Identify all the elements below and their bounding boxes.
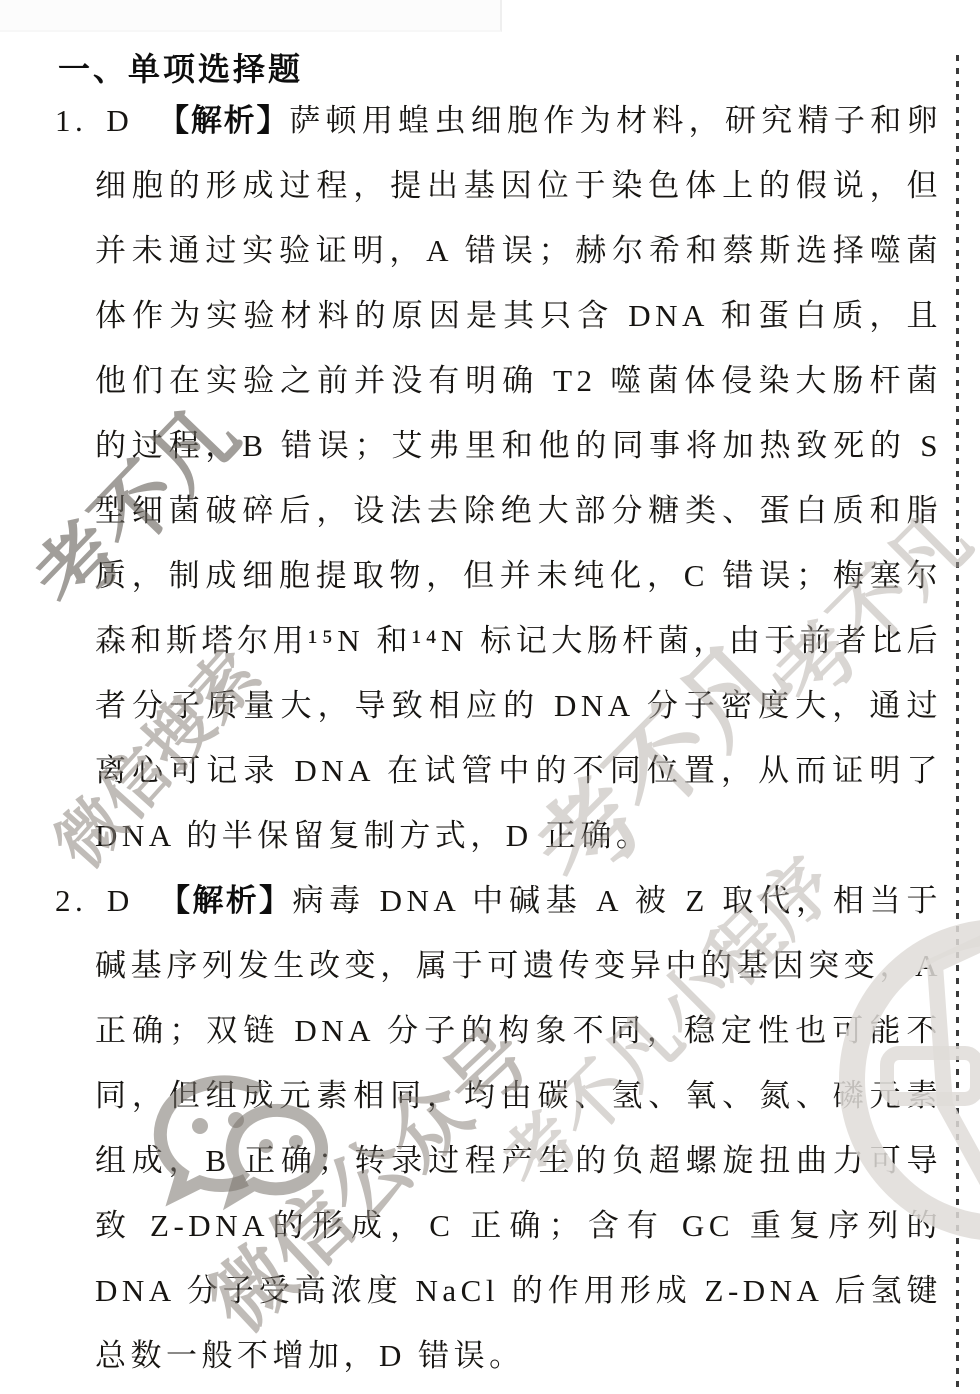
question-number: 1.: [55, 103, 87, 138]
question-number: 2.: [55, 883, 87, 918]
answer-item-1: 1. D【解析】萨顿用蝗虫细胞作为材料，研究精子和卵细胞的形成过程，提出基因位于…: [0, 88, 942, 868]
page-root: { "page": { "section_title": "一、单项选择题", …: [0, 0, 980, 1394]
scan-edge-artifact: [0, 0, 502, 32]
section-title: 一、单项选择题: [58, 44, 303, 90]
analysis-label: 【解析】: [157, 103, 289, 138]
dotted-divider-line: [956, 55, 959, 1394]
explanation-text: 病毒 DNA 中碱基 A 被 Z 取代，相当于碱基序列发生改变，属于可遗传变异中…: [95, 883, 942, 1373]
answers-content: 1. D【解析】萨顿用蝗虫细胞作为材料，研究精子和卵细胞的形成过程，提出基因位于…: [0, 88, 942, 1388]
analysis-label: 【解析】: [158, 883, 293, 918]
answer-letter: D: [107, 883, 134, 918]
answer-letter: D: [106, 103, 133, 138]
answer-item-2: 2. D【解析】病毒 DNA 中碱基 A 被 Z 取代，相当于碱基序列发生改变，…: [0, 868, 942, 1388]
explanation-text: 萨顿用蝗虫细胞作为材料，研究精子和卵细胞的形成过程，提出基因位于染色体上的假说，…: [95, 103, 942, 853]
